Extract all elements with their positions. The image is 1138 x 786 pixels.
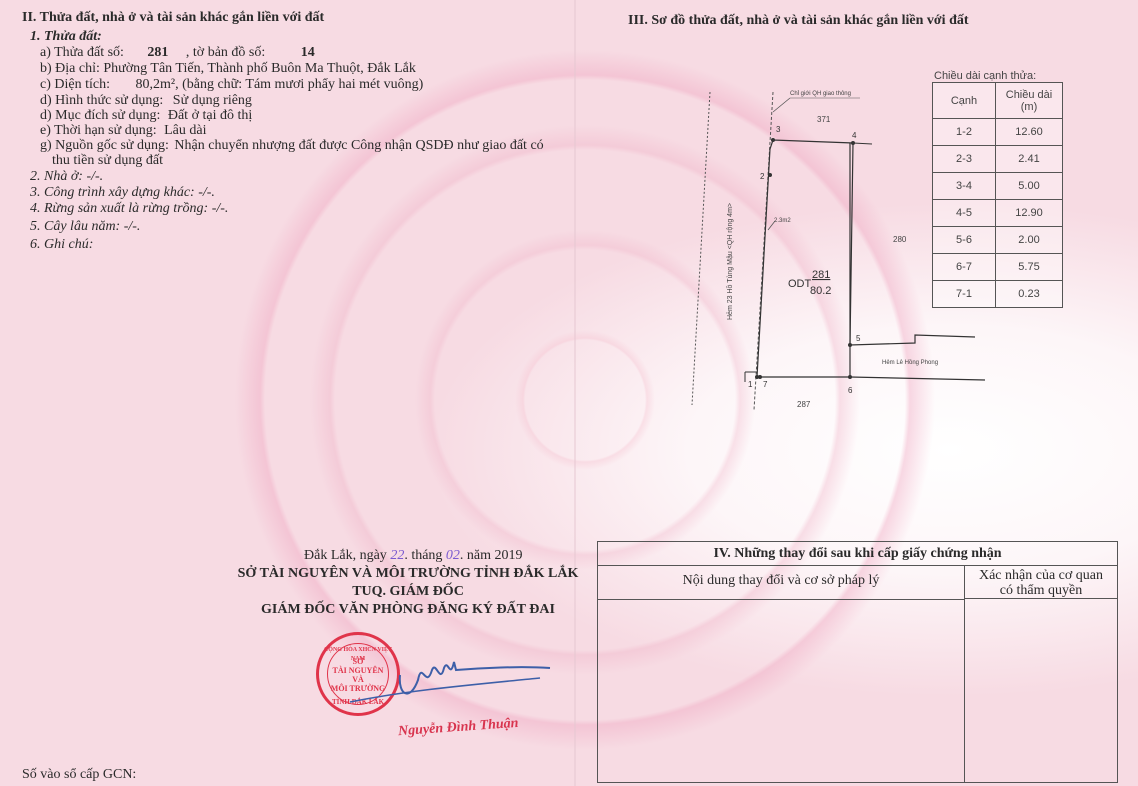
term-value: Lâu dài — [164, 123, 206, 138]
changes-header-confirmation: Xác nhận của cơ quan có thẩm quyền — [964, 566, 1117, 599]
area-label: c) Diện tích: — [40, 77, 110, 92]
parcel-label: a) Thửa đất số: — [40, 45, 124, 60]
point-label-6: 6 — [848, 386, 853, 395]
changes-header-content: Nội dung thay đổi và cơ sở pháp lý — [598, 566, 964, 600]
area-row: c) Diện tích: 80,2m², (bằng chữ: Tám mươ… — [40, 77, 423, 93]
changes-column-divider — [964, 599, 965, 782]
section3-title: III. Sơ đồ thửa đất, nhà ở và tài sản kh… — [628, 13, 969, 29]
strip-area-label: 2.3m2 — [774, 218, 791, 224]
date-year: năm 2019 — [467, 548, 523, 563]
use-form-value: Sử dụng riêng — [173, 93, 252, 108]
purpose-row: d) Mục đích sử dụng: Đất ở tại đô thị — [40, 108, 252, 124]
on-behalf: TUQ. GIÁM ĐỐC — [233, 584, 583, 600]
east-neighbor-label: 280 — [893, 235, 907, 244]
edges-header-edge: Cạnh — [933, 83, 996, 119]
point-label-3: 3 — [776, 125, 781, 134]
edge-length: 5.00 — [996, 173, 1063, 200]
term-row: e) Thời hạn sử dụng: Lâu dài — [40, 123, 206, 139]
map-sheet-number: 14 — [301, 45, 315, 60]
house-row: 2. Nhà ở: -/-. — [30, 169, 103, 185]
production-forest-row: 4. Rừng sản xuất là rừng trồng: -/-. — [30, 201, 228, 217]
section2-title: II. Thửa đất, nhà ở và tài sản khác gắn … — [22, 10, 324, 26]
date-place: Đắk Lắk, ngày — [304, 548, 387, 563]
perennial-trees-row: 5. Cây lâu năm: -/-. — [30, 219, 140, 235]
land-code-label: ODT — [788, 278, 812, 290]
area-value: 80,2m², (bằng chữ: Tám mươi phẩy hai mét… — [135, 77, 423, 92]
address-row: b) Địa chỉ: Phường Tân Tiến, Thành phố B… — [40, 61, 416, 77]
use-form-row: d) Hình thức sử dụng: Sử dụng riêng — [40, 93, 252, 109]
diagram-parcel-number: 281 — [812, 269, 830, 281]
map-sheet-label: , tờ bản đồ số: — [186, 45, 265, 60]
term-label: e) Thời hạn sử dụng: — [40, 123, 157, 138]
edge-length-table: Cạnh Chiều dài (m) 1-212.602-32.413-45.0… — [932, 82, 1063, 308]
parcel-number: 281 — [147, 45, 182, 61]
edge-name: 4-5 — [933, 200, 996, 227]
purpose-value: Đất ở tại đô thị — [168, 108, 252, 123]
edge-name: 1-2 — [933, 119, 996, 146]
point-label-1: 1 — [748, 380, 753, 389]
point-label-7: 7 — [763, 380, 768, 389]
date-month-label: tháng — [411, 548, 442, 563]
confirmation-header-line1: Xác nhận của cơ quan — [965, 568, 1117, 583]
edge-row: 4-512.90 — [933, 200, 1063, 227]
north-neighbor-label: 371 — [817, 115, 831, 124]
date-month: 02 — [446, 548, 460, 563]
edge-row: 3-45.00 — [933, 173, 1063, 200]
origin-label: g) Nguồn gốc sử dụng: — [40, 138, 169, 153]
date-day: 22 — [390, 548, 404, 563]
changes-table: IV. Những thay đổi sau khi cấp giấy chứn… — [597, 541, 1118, 783]
diagram-parcel-area: 80.2 — [810, 285, 831, 297]
edge-name: 7-1 — [933, 281, 996, 308]
edge-row: 2-32.41 — [933, 146, 1063, 173]
edge-length: 0.23 — [996, 281, 1063, 308]
handwritten-signature — [330, 640, 560, 710]
origin-line2: thu tiền sử dụng đất — [52, 153, 163, 169]
purpose-label: d) Mục đích sử dụng: — [40, 108, 160, 123]
edge-row: 7-10.23 — [933, 281, 1063, 308]
edge-length: 5.75 — [996, 254, 1063, 281]
other-construction-row: 3. Công trình xây dựng khác: -/-. — [30, 185, 215, 201]
origin-value: Nhận chuyển nhượng đất được Công nhận QS… — [174, 138, 543, 153]
section4-title: IV. Những thay đổi sau khi cấp giấy chứn… — [598, 542, 1117, 566]
edge-row: 6-75.75 — [933, 254, 1063, 281]
edge-name: 2-3 — [933, 146, 996, 173]
land-heading: 1. Thửa đất: — [30, 29, 102, 45]
signer-position: GIÁM ĐỐC VĂN PHÒNG ĐĂNG KÝ ĐẤT ĐAI — [233, 602, 583, 618]
point-label-4: 4 — [852, 131, 857, 140]
edge-name: 5-6 — [933, 227, 996, 254]
edge-length: 2.41 — [996, 146, 1063, 173]
south-road-label: Hẻm Lê Hồng Phong — [882, 360, 938, 366]
point-label-5: 5 — [856, 334, 861, 343]
edge-length: 12.60 — [996, 119, 1063, 146]
address-value: Phường Tân Tiến, Thành phố Buôn Ma Thuột… — [103, 61, 416, 76]
notes-row: 6. Ghi chú: — [30, 237, 93, 253]
register-number-label: Số vào sổ cấp GCN: — [22, 767, 136, 783]
edges-header-length: Chiều dài (m) — [996, 83, 1063, 119]
parcel-row: a) Thửa đất số: 281 , tờ bản đồ số: 14 — [40, 45, 315, 61]
edge-length: 12.90 — [996, 200, 1063, 227]
origin-row: g) Nguồn gốc sử dụng: Nhận chuyển nhượng… — [40, 138, 544, 154]
point-label-2: 2 — [760, 172, 765, 181]
south-neighbor-label: 287 — [797, 400, 811, 409]
use-form-label: d) Hình thức sử dụng: — [40, 93, 163, 108]
west-road-label: Hẻm 23 Hồ Tùng Mậu <QH rộng 4m> — [725, 203, 734, 320]
edge-length: 2.00 — [996, 227, 1063, 254]
boundary-label: Chỉ giới QH giao thông — [790, 90, 851, 97]
confirmation-header-line2: có thẩm quyền — [965, 583, 1117, 598]
edge-row: 1-212.60 — [933, 119, 1063, 146]
issuing-agency: SỞ TÀI NGUYÊN VÀ MÔI TRƯỜNG TỈNH ĐẮK LẮK — [233, 566, 583, 582]
address-label: b) Địa chỉ: — [40, 61, 100, 76]
issue-date: Đắk Lắk, ngày 22. tháng 02. năm 2019 — [304, 548, 523, 564]
edge-row: 5-62.00 — [933, 227, 1063, 254]
edge-name: 6-7 — [933, 254, 996, 281]
page-fold — [574, 0, 576, 786]
edge-name: 3-4 — [933, 173, 996, 200]
